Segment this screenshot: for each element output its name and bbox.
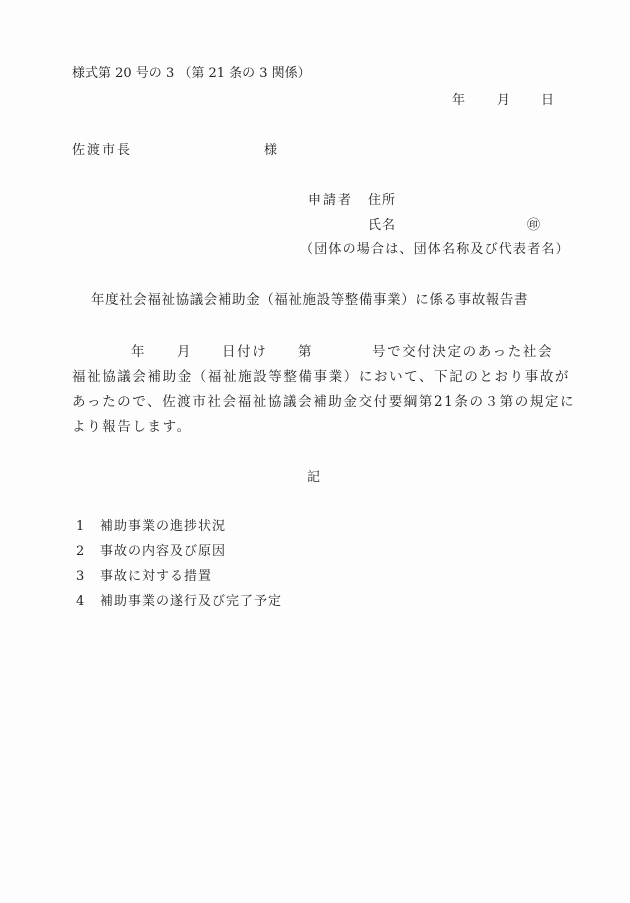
body-line-2: 福祉協議会補助金（福祉施設等整備事業）において、下記のとおり事故が: [72, 371, 570, 385]
item-number: 1: [76, 520, 100, 533]
body-year: 年: [131, 346, 146, 360]
ki-heading: 記: [307, 471, 320, 484]
body-line-4: より報告します。: [72, 421, 192, 435]
item-label: 事故に対する措置: [100, 569, 212, 584]
date-year-label: 年: [452, 94, 465, 107]
body-month: 月: [177, 346, 192, 360]
name-label: 氏名: [368, 219, 396, 232]
body-dated: 日付け: [222, 346, 267, 360]
list-item: 2事故の内容及び原因: [76, 545, 226, 558]
seal-mark: ㊞: [527, 219, 540, 232]
list-item: 1補助事業の進捗状況: [76, 520, 226, 533]
applicant-label: 申請者: [308, 194, 353, 207]
item-number: 2: [76, 545, 100, 558]
address-label: 住所: [368, 194, 396, 207]
addressee-name: 佐渡市長: [72, 144, 132, 157]
item-number: 3: [76, 570, 100, 583]
body-line-3: あったので、佐渡市社会福祉協議会補助金交付要綱第21条の３第の規定に: [72, 396, 575, 410]
form-number: 様式第 20 号の 3 （第 21 条の 3 関係）: [72, 67, 311, 80]
document-title: 年度社会福祉協議会補助金（福祉施設等整備事業）に係る事故報告書: [91, 294, 528, 308]
list-item: 4補助事業の遂行及び完了予定: [76, 595, 282, 608]
item-label: 事故の内容及び原因: [100, 544, 226, 559]
item-label: 補助事業の進捗状況: [100, 519, 226, 534]
applicant-note: （団体の場合は、団体名称及び代表者名）: [300, 243, 570, 256]
body-no-prefix: 第: [298, 346, 313, 360]
addressee-honorific: 様: [264, 144, 277, 157]
list-item: 3事故に対する措置: [76, 570, 212, 583]
item-label: 補助事業の遂行及び完了予定: [100, 594, 282, 609]
item-number: 4: [76, 595, 100, 608]
date-day-label: 日: [541, 94, 554, 107]
body-line1-rest: 号で交付決定のあった社会: [372, 346, 553, 360]
date-month-label: 月: [497, 94, 510, 107]
